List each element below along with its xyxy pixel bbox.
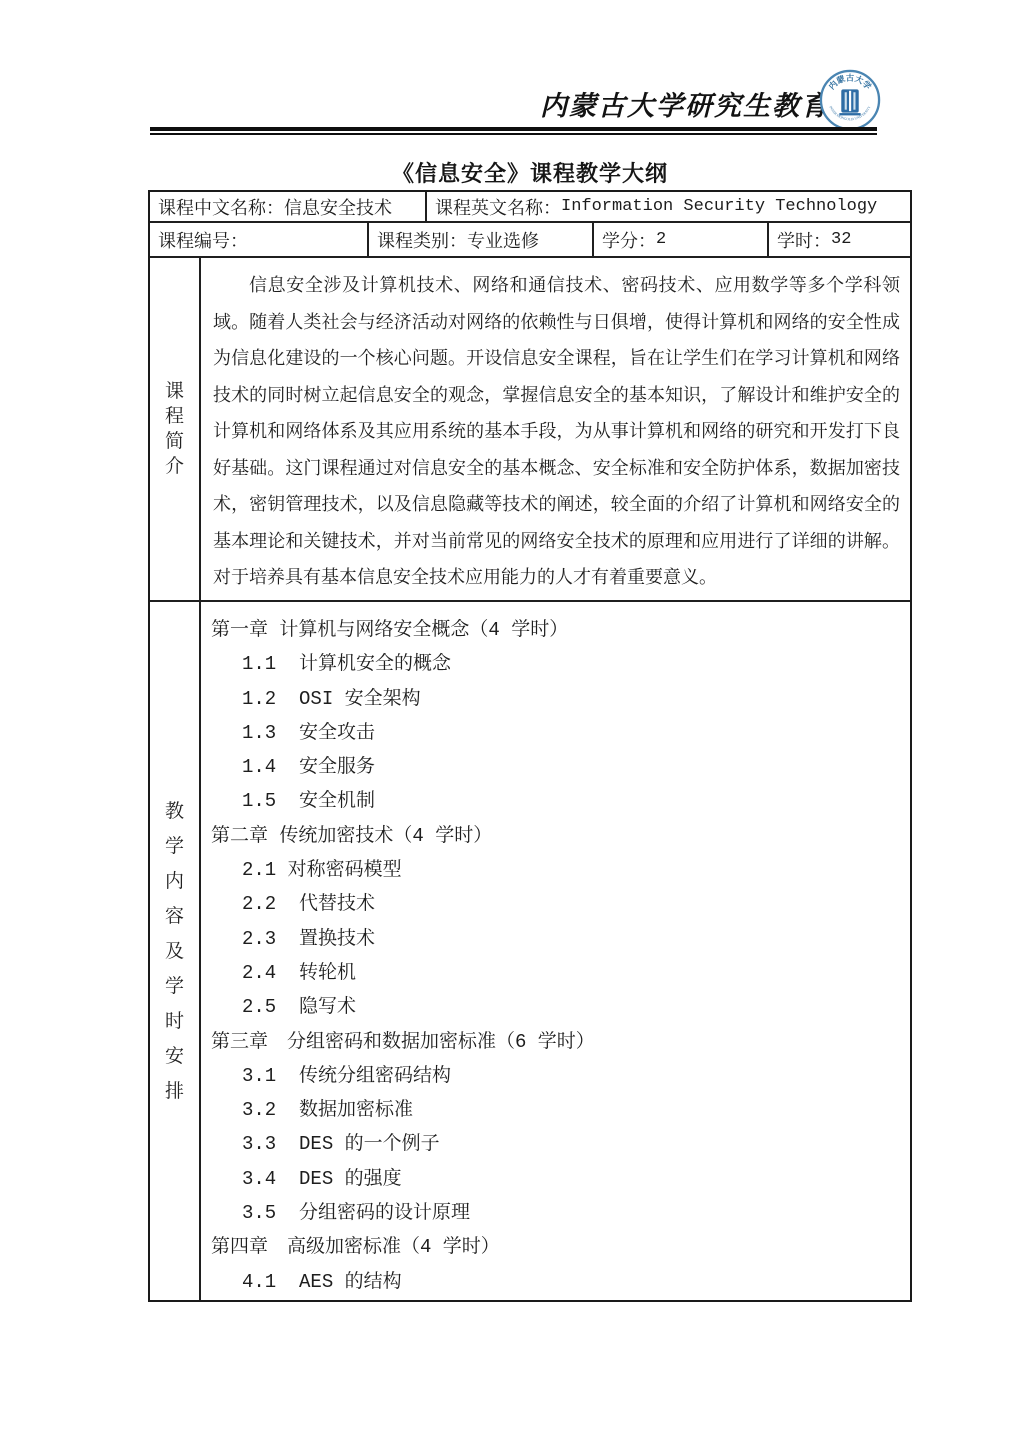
toc-chapter: 第二章 传统加密技术（4 学时）: [211, 819, 595, 853]
toc-section: 3.2 数据加密标准: [211, 1093, 595, 1127]
course-credits-value: 2: [656, 230, 666, 249]
toc-chapter: 第四章 高级加密标准（4 学时）: [211, 1230, 595, 1264]
course-intro-text: 信息安全涉及计算机技术、网络和通信技术、密码技术、应用数学等多个学科领域。随着人…: [201, 258, 910, 596]
university-seal-logo: 内蒙古大学 INNER MONGOLIA UNIVERSITY: [819, 69, 881, 131]
toc-section: 3.4 DES 的强度: [211, 1162, 595, 1196]
course-credits-label: 学分：: [602, 227, 656, 253]
course-name-en-cell: 课程英文名称：Information Security Technology: [427, 192, 910, 221]
content-row-label: 教学内容及学时安排: [164, 794, 186, 1109]
toc-section: 1.2 OSI 安全架构: [211, 682, 595, 716]
course-hours-label: 学时：: [777, 227, 831, 253]
course-hours-cell: 学时：32: [769, 223, 910, 256]
toc-section: 4.1 AES 的结构: [211, 1265, 595, 1299]
toc-section: 3.5 分组密码的设计原理: [211, 1196, 595, 1230]
course-name-zh-cell: 课程中文名称：信息安全技术: [150, 192, 427, 221]
teaching-content-row: 教学内容及学时安排 第一章 计算机与网络安全概念（4 学时）1.1 计算机安全的…: [150, 602, 910, 1300]
course-table: 课程中文名称：信息安全技术 课程英文名称：Information Securit…: [148, 190, 912, 1302]
course-intro-row: 课程简介 信息安全涉及计算机技术、网络和通信技术、密码技术、应用数学等多个学科领…: [150, 258, 910, 602]
course-code-cell: 课程编号：: [150, 223, 369, 256]
toc-section: 1.1 计算机安全的概念: [211, 647, 595, 681]
toc-section: 2.4 转轮机: [211, 956, 595, 990]
toc-chapter: 第一章 计算机与网络安全概念（4 学时）: [211, 613, 595, 647]
course-name-en-value: Information Security Technology: [561, 197, 877, 216]
toc-section: 1.3 安全攻击: [211, 716, 595, 750]
course-name-zh-label: 课程中文名称：: [158, 194, 284, 220]
header-divider: [150, 127, 877, 135]
divider-thin-line: [150, 133, 877, 135]
course-hours-value: 32: [831, 230, 851, 249]
intro-row-label-cell: 课程简介: [150, 258, 201, 600]
toc-chapter: 第三章 分组密码和数据加密标准（6 学时）: [211, 1025, 595, 1059]
document-page: 内蒙古大学研究生教育 内蒙古大学 INNER MONGOLIA UNIVERSI…: [0, 0, 1024, 1447]
course-category-cell: 课程类别：专业选修: [369, 223, 594, 256]
content-row-label-cell: 教学内容及学时安排: [150, 602, 201, 1300]
course-name-en-label: 课程英文名称：: [435, 194, 561, 220]
course-name-zh-value: 信息安全技术: [284, 194, 392, 220]
course-code-label: 课程编号：: [158, 227, 248, 253]
toc-section: 1.4 安全服务: [211, 750, 595, 784]
university-name: 内蒙古大学研究生教育: [540, 84, 816, 123]
toc-section: 2.2 代替技术: [211, 887, 595, 921]
course-meta-row: 课程编号： 课程类别：专业选修 学分：2 学时：32: [150, 223, 910, 258]
intro-content-cell: 信息安全涉及计算机技术、网络和通信技术、密码技术、应用数学等多个学科领域。随着人…: [201, 258, 910, 600]
course-category-label: 课程类别：: [377, 227, 467, 253]
toc-section: 2.1 对称密码模型: [211, 853, 595, 887]
toc-section: 2.3 置换技术: [211, 922, 595, 956]
course-name-row: 课程中文名称：信息安全技术 课程英文名称：Information Securit…: [150, 192, 910, 223]
toc-section: 1.5 安全机制: [211, 784, 595, 818]
toc-section: 3.3 DES 的一个例子: [211, 1127, 595, 1161]
divider-thick-line: [150, 127, 877, 131]
course-category-value: 专业选修: [467, 227, 539, 253]
intro-row-label: 课程简介: [164, 379, 186, 479]
teaching-content-list: 第一章 计算机与网络安全概念（4 学时）1.1 计算机安全的概念1.2 OSI …: [201, 602, 599, 1299]
toc-section: 2.5 隐写术: [211, 990, 595, 1024]
page-title: 《信息安全》课程教学大纲: [148, 157, 912, 188]
toc-section: 3.1 传统分组密码结构: [211, 1059, 595, 1093]
seal-emblem: [839, 89, 860, 115]
content-cell: 第一章 计算机与网络安全概念（4 学时）1.1 计算机安全的概念1.2 OSI …: [201, 602, 910, 1300]
course-credits-cell: 学分：2: [594, 223, 769, 256]
